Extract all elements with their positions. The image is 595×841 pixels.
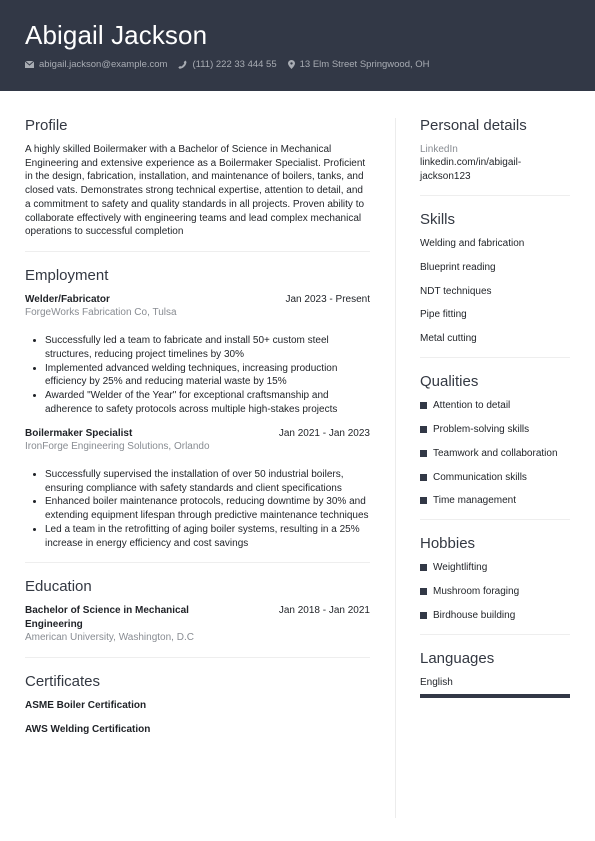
job-company: IronForge Engineering Solutions, Orlando	[25, 440, 370, 454]
job-bullet: Implemented advanced welding techniques,…	[45, 362, 370, 390]
section-title-personal: Personal details	[420, 117, 570, 134]
skill-item: Pipe fitting	[420, 308, 570, 321]
square-bullet-icon	[420, 564, 427, 571]
profile-summary: A highly skilled Boilermaker with a Bach…	[25, 143, 370, 239]
skills-section: Skills Welding and fabrication Blueprint…	[420, 211, 570, 345]
language-level-bar	[420, 694, 570, 698]
quality-label: Attention to detail	[433, 399, 510, 412]
section-title-certificates: Certificates	[25, 673, 370, 690]
contact-bar: abigail.jackson@example.com (111) 222 33…	[25, 59, 441, 70]
job-bullet: Awarded "Welder of the Year" for excepti…	[45, 389, 370, 417]
languages-section: Languages English	[420, 650, 570, 698]
email-text[interactable]: abigail.jackson@example.com	[39, 59, 167, 70]
section-divider	[420, 195, 570, 196]
job-bullets: Successfully led a team to fabricate and…	[45, 334, 370, 417]
square-bullet-icon	[420, 426, 427, 433]
square-bullet-icon	[420, 588, 427, 595]
quality-label: Teamwork and collaboration	[433, 447, 558, 460]
contact-email: abigail.jackson@example.com	[25, 59, 167, 70]
job-bullet: Successfully supervised the installation…	[45, 468, 370, 496]
certificates-section: Certificates ASME Boiler Certification A…	[25, 673, 370, 737]
section-title-qualities: Qualities	[420, 373, 570, 390]
job-bullets: Successfully supervised the installation…	[45, 468, 370, 551]
phone-text[interactable]: (111) 222 33 444 55	[192, 59, 276, 70]
language-level-fill	[420, 694, 570, 698]
main-column: Profile A highly skilled Boilermaker wit…	[25, 117, 370, 747]
resume-header: Abigail Jackson abigail.jackson@example.…	[0, 0, 595, 91]
language-name: English	[420, 676, 570, 689]
skill-item: Welding and fabrication	[420, 237, 570, 250]
job-bullet: Led a team in the retrofitting of aging …	[45, 523, 370, 551]
job-title: Welder/Fabricator	[25, 293, 110, 307]
employment-section: Employment Welder/Fabricator Jan 2023 - …	[25, 267, 370, 551]
profile-section: Profile A highly skilled Boilermaker wit…	[25, 117, 370, 239]
hobby-item: Birdhouse building	[420, 609, 570, 622]
education-section: Education Bachelor of Science in Mechani…	[25, 578, 370, 645]
qualities-section: Qualities Attention to detail Problem-so…	[420, 373, 570, 507]
hobby-label: Weightlifting	[433, 561, 487, 574]
contact-address: 13 Elm Street Springwood, OH	[288, 59, 430, 70]
hobby-item: Mushroom foraging	[420, 585, 570, 598]
job-bullet: Enhanced boiler maintenance protocols, r…	[45, 495, 370, 523]
job-bullet: Successfully led a team to fabricate and…	[45, 334, 370, 362]
envelope-icon	[25, 61, 34, 68]
contact-phone: (111) 222 33 444 55	[178, 59, 276, 70]
job-date: Jan 2021 - Jan 2023	[279, 427, 370, 441]
degree-title: Bachelor of Science in Mechanical Engine…	[25, 604, 225, 631]
sidebar-column: Personal details LinkedIn linkedin.com/i…	[420, 117, 570, 698]
section-title-hobbies: Hobbies	[420, 535, 570, 552]
square-bullet-icon	[420, 612, 427, 619]
section-divider	[25, 657, 370, 658]
section-title-skills: Skills	[420, 211, 570, 228]
quality-item: Time management	[420, 494, 570, 507]
quality-label: Problem-solving skills	[433, 423, 529, 436]
phone-icon	[178, 60, 187, 69]
skill-item: Blueprint reading	[420, 261, 570, 274]
column-divider	[395, 118, 396, 818]
section-title-education: Education	[25, 578, 370, 595]
education-date: Jan 2018 - Jan 2021	[279, 604, 370, 631]
job-entry: Welder/Fabricator Jan 2023 - Present For…	[25, 293, 370, 417]
job-company: ForgeWorks Fabrication Co, Tulsa	[25, 306, 370, 320]
section-title-profile: Profile	[25, 117, 370, 134]
quality-item: Problem-solving skills	[420, 423, 570, 436]
quality-label: Communication skills	[433, 471, 527, 484]
job-date: Jan 2023 - Present	[286, 293, 371, 307]
square-bullet-icon	[420, 402, 427, 409]
certificate-item: AWS Welding Certification	[25, 723, 370, 737]
section-title-employment: Employment	[25, 267, 370, 284]
personal-details-section: Personal details LinkedIn linkedin.com/i…	[420, 117, 570, 183]
candidate-name: Abigail Jackson	[25, 20, 207, 51]
quality-item: Teamwork and collaboration	[420, 447, 570, 460]
hobby-item: Weightlifting	[420, 561, 570, 574]
school-name: American University, Washington, D.C	[25, 631, 370, 645]
quality-item: Attention to detail	[420, 399, 570, 412]
section-divider	[25, 251, 370, 252]
job-title: Boilermaker Specialist	[25, 427, 132, 441]
section-title-languages: Languages	[420, 650, 570, 667]
certificate-item: ASME Boiler Certification	[25, 699, 370, 713]
skill-item: Metal cutting	[420, 332, 570, 345]
job-entry: Boilermaker Specialist Jan 2021 - Jan 20…	[25, 427, 370, 551]
section-divider	[420, 357, 570, 358]
skill-item: NDT techniques	[420, 285, 570, 298]
linkedin-label: LinkedIn	[420, 143, 570, 156]
address-text: 13 Elm Street Springwood, OH	[300, 59, 430, 70]
hobbies-section: Hobbies Weightlifting Mushroom foraging …	[420, 535, 570, 622]
section-divider	[420, 634, 570, 635]
hobby-label: Birdhouse building	[433, 609, 515, 622]
square-bullet-icon	[420, 474, 427, 481]
section-divider	[25, 562, 370, 563]
map-pin-icon	[288, 60, 295, 69]
section-divider	[420, 519, 570, 520]
hobby-label: Mushroom foraging	[433, 585, 519, 598]
education-entry: Bachelor of Science in Mechanical Engine…	[25, 604, 370, 645]
square-bullet-icon	[420, 450, 427, 457]
quality-label: Time management	[433, 494, 516, 507]
linkedin-url[interactable]: linkedin.com/in/abigail-jackson123	[420, 156, 540, 183]
square-bullet-icon	[420, 497, 427, 504]
quality-item: Communication skills	[420, 471, 570, 484]
